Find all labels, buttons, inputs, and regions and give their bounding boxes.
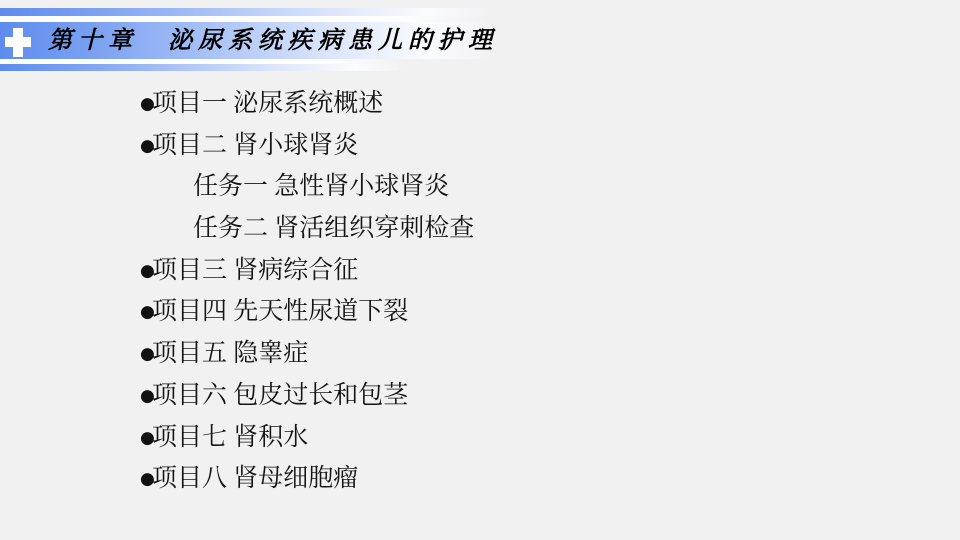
toc-item-project-8: ●项目八 肾母细胞瘤 [0, 458, 960, 500]
bullet-icon: ● [140, 459, 152, 501]
toc-item-label: 任务一 急性肾小球肾炎 [193, 173, 449, 200]
toc-item-project-4: ●项目四 先天性尿道下裂 [0, 291, 960, 333]
toc-item-project-2: ●项目二 肾小球肾炎 [0, 125, 960, 167]
toc-item-label: 任务二 肾活组织穿刺检查 [193, 215, 474, 242]
toc-list: ●项目一 泌尿系统概述 ●项目二 肾小球肾炎 任务一 急性肾小球肾炎 任务二 肾… [0, 83, 960, 500]
medical-cross-horizontal [5, 37, 31, 47]
slide: 第十章 泌尿系统疾病患儿的护理 ●项目一 泌尿系统概述 ●项目二 肾小球肾炎 任… [0, 0, 960, 540]
toc-item-label: 项目四 先天性尿道下裂 [152, 298, 408, 325]
toc-item-task-1: 任务一 急性肾小球肾炎 [0, 166, 960, 208]
bullet-icon: ● [140, 292, 152, 334]
bullet-icon: ● [140, 334, 152, 376]
bullet-icon: ● [140, 251, 152, 293]
toc-item-project-5: ●项目五 隐睾症 [0, 333, 960, 375]
bullet-icon: ● [140, 84, 152, 126]
chapter-title: 第十章 泌尿系统疾病患儿的护理 [48, 22, 498, 59]
header-top-accent-bar [0, 8, 498, 16]
toc-item-label: 项目六 包皮过长和包茎 [152, 382, 408, 409]
bullet-icon: ● [140, 376, 152, 418]
toc-item-label: 项目二 肾小球肾炎 [152, 132, 358, 159]
toc-item-label: 项目七 肾积水 [152, 424, 308, 451]
toc-item-project-7: ●项目七 肾积水 [0, 417, 960, 459]
toc-item-task-2: 任务二 肾活组织穿刺检查 [0, 208, 960, 250]
toc-item-project-1: ●项目一 泌尿系统概述 [0, 83, 960, 125]
toc-item-label: 项目八 肾母细胞瘤 [152, 465, 358, 492]
medical-cross-icon [5, 28, 31, 57]
toc-item-label: 项目一 泌尿系统概述 [152, 90, 383, 117]
bullet-icon: ● [140, 418, 152, 460]
bullet-icon: ● [140, 126, 152, 168]
header-bottom-accent-bar [0, 64, 412, 71]
toc-item-project-3: ●项目三 肾病综合征 [0, 250, 960, 292]
toc-item-label: 项目五 隐睾症 [152, 340, 308, 367]
toc-item-project-6: ●项目六 包皮过长和包茎 [0, 375, 960, 417]
toc-item-label: 项目三 肾病综合征 [152, 257, 358, 284]
